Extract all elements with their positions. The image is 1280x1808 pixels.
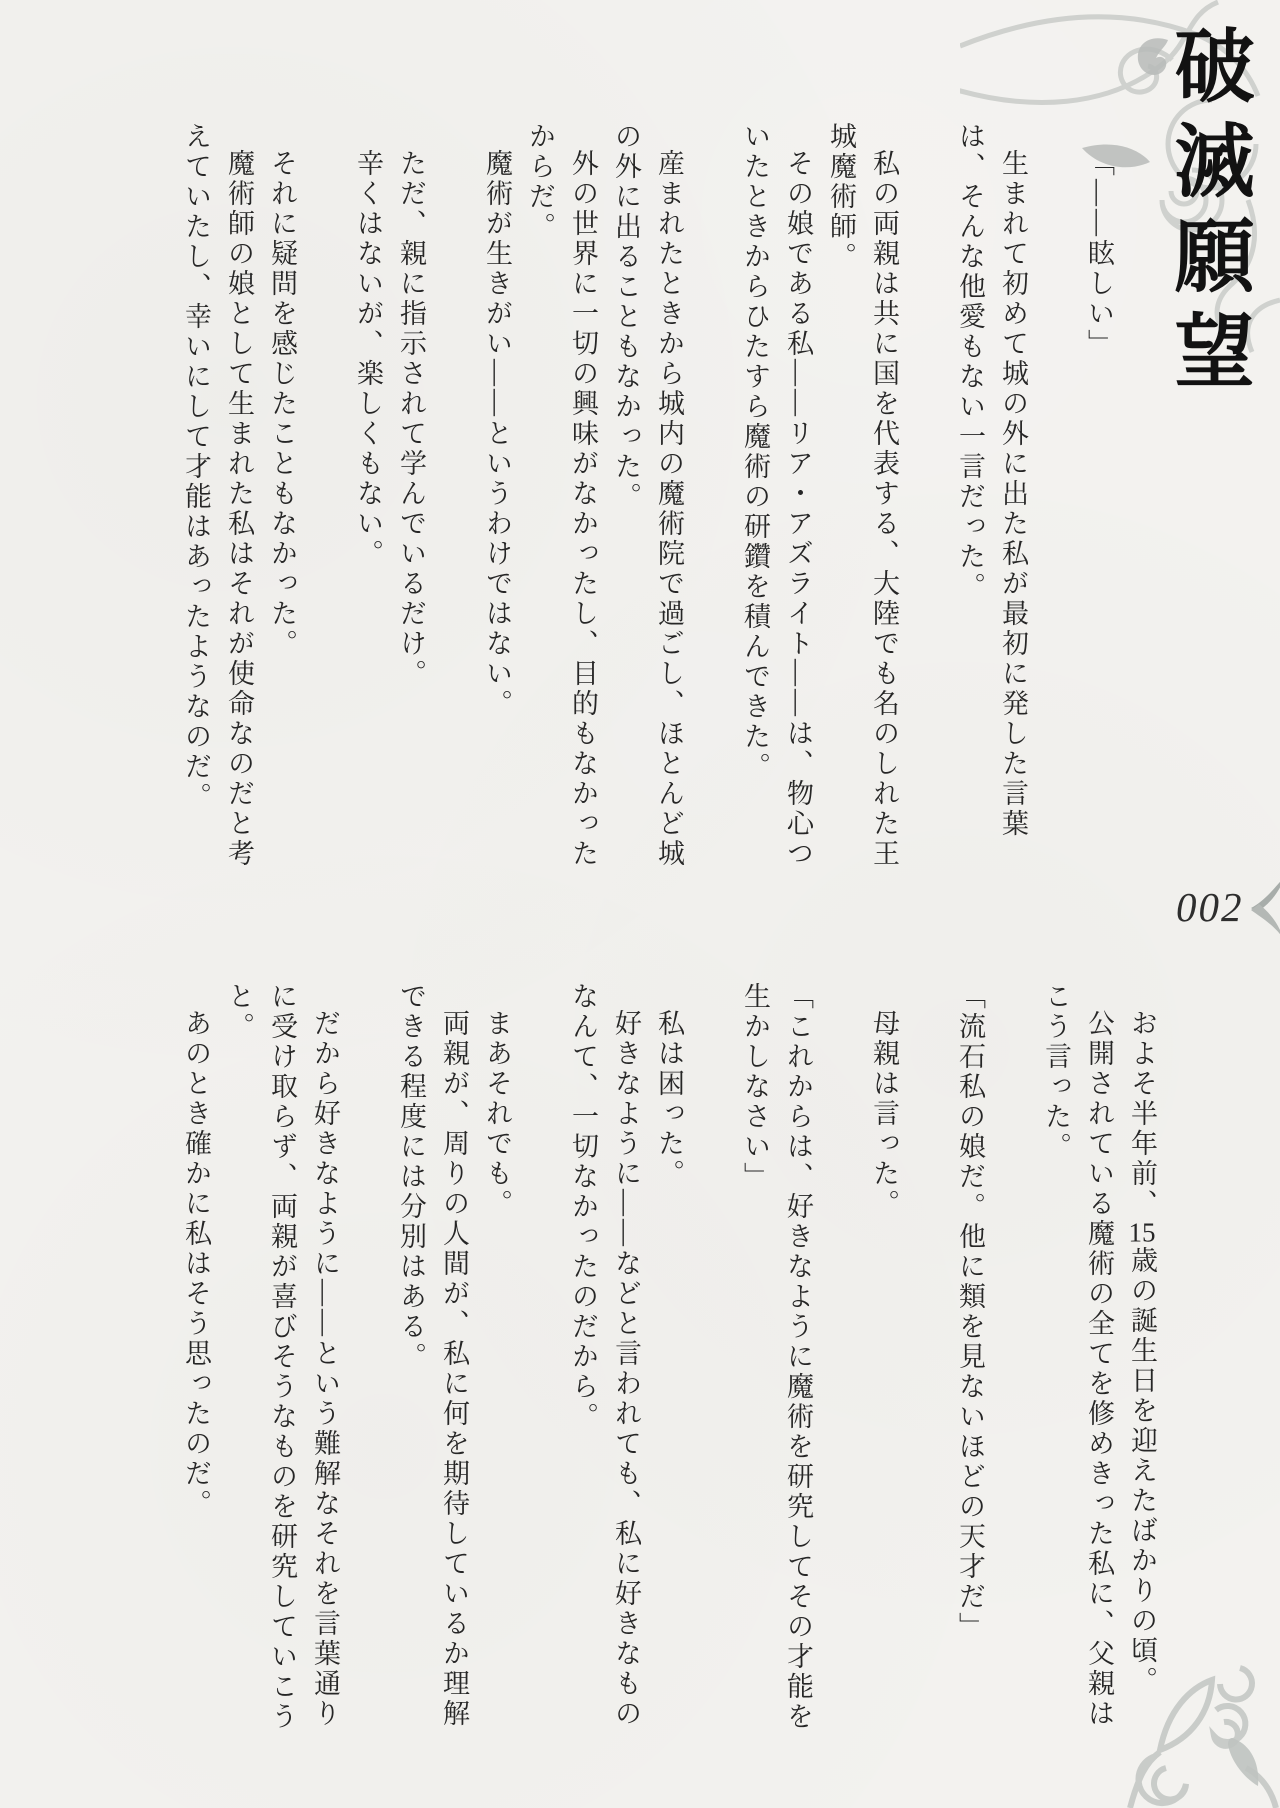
tatechuyoko-number: 15: [1127, 1219, 1157, 1246]
paragraph: その娘である私——リア・アズライト——は、物心ついたときからひたすら魔術の研鑽を…: [733, 122, 819, 878]
paragraph: 外の世界に一切の興味がなかったし、目的もなかったからだ。: [518, 122, 604, 878]
paragraph: 両親が、周りの人間が、私に何を期待しているか理解できる程度には分別はある。: [389, 982, 475, 1738]
paragraph: それに疑問を感じたこともなかった。: [260, 122, 303, 878]
paragraph: 「これからは、好きなように魔術を研究してその才能を生かしなさい」: [733, 982, 819, 1738]
page-title: 破滅願望: [1149, 24, 1264, 404]
paragraph: 辛くはないが、楽しくもない。: [346, 122, 389, 878]
page-number: 002: [1176, 887, 1244, 928]
paragraph: 好きなように——などと言われても、私に好きなものなんて、一切なかったのだから。: [561, 982, 647, 1738]
upper-text-block: 「——眩しい」生まれて初めて城の外に出た私が最初に発した言葉は、そんな他愛もない…: [160, 122, 1120, 878]
page-number-area: 002: [1176, 874, 1280, 940]
lower-text-block: およそ半年前、15歳の誕生日を迎えたばかりの頃。公開されている魔術の全てを修めき…: [163, 982, 1163, 1738]
paragraph: 公開されている魔術の全てを修めきった私に、父親はこう言った。: [1034, 982, 1120, 1738]
paragraph: およそ半年前、15歳の誕生日を迎えたばかりの頃。: [1120, 982, 1163, 1738]
swish-icon: [1249, 874, 1280, 940]
paragraph: 生まれて初めて城の外に出た私が最初に発した言葉は、そんな他愛もない一言だった。: [948, 122, 1034, 878]
paragraph: 私の両親は共に国を代表する、大陸でも名のしれた王城魔術師。: [819, 122, 905, 878]
paragraph: 産まれたときから城内の魔術院で過ごし、ほとんど城の外に出ることもなかった。: [604, 122, 690, 878]
paragraph: 「——眩しい」: [1077, 122, 1120, 878]
paragraph: あのとき確かに私はそう思ったのだ。: [174, 982, 217, 1738]
paragraph: 「流石私の娘だ。他に類を見ないほどの天才だ」: [948, 982, 991, 1738]
paragraph: 魔術が生きがい——というわけではない。: [475, 122, 518, 878]
paragraph: 私は困った。: [647, 982, 690, 1738]
paragraph: ただ、親に指示されて学んでいるだけ。: [389, 122, 432, 878]
paragraph: だから好きなように——という難解なそれを言葉通りに受け取らず、両親が喜びそうなも…: [217, 982, 346, 1738]
paragraph: 魔術師の娘として生まれた私はそれが使命なのだと考えていたし、幸いにして才能はあっ…: [174, 122, 260, 878]
novel-page: 破滅願望 002 「——眩しい」生まれて初めて城の外に出た私が最初に発した言葉は…: [0, 0, 1280, 1808]
paragraph: 母親は言った。: [862, 982, 905, 1738]
paragraph: まあそれでも。: [475, 982, 518, 1738]
